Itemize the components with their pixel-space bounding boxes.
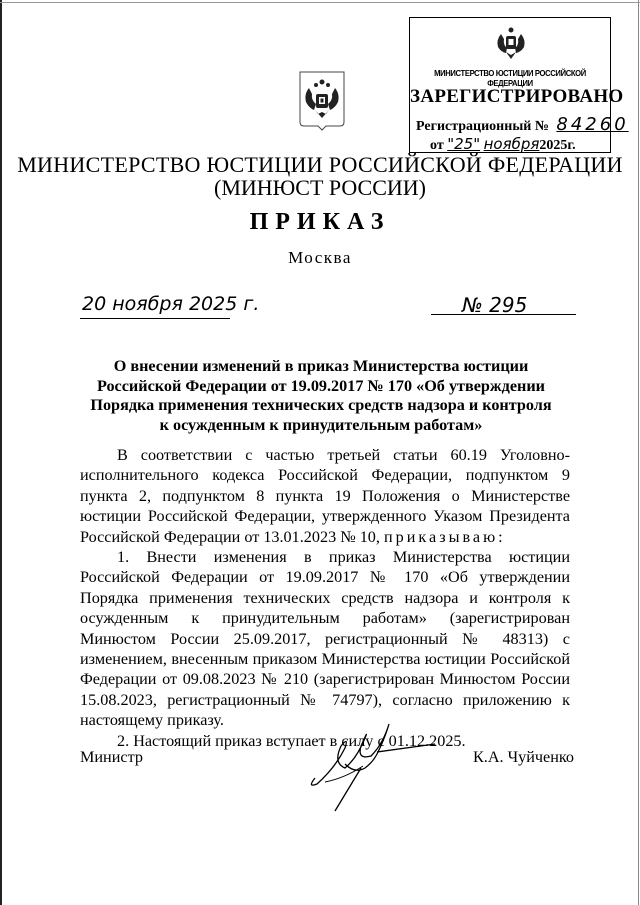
coat-of-arms-icon: [297, 70, 347, 132]
subject-line: О внесении изменений в приказ Министерст…: [90, 357, 552, 377]
page-edge-top: [0, 2, 640, 3]
document-type-title: ПРИКАЗ: [0, 209, 640, 236]
order-body: В соответствии с частью третьей статьи 6…: [80, 445, 570, 751]
subject-line: Российской Федерации от 19.09.2017 № 170…: [90, 377, 552, 397]
order-date-underline: [80, 318, 230, 319]
registration-stamp: МИНИСТЕРСТВО ЮСТИЦИИ РОССИЙСКОЙ ФЕДЕРАЦИ…: [409, 17, 611, 153]
subject-line: Порядка применения технических средств н…: [90, 396, 552, 416]
order-date-handwritten: 20 ноября 2025 г.: [82, 293, 259, 315]
stamp-reg-number-handwritten: 84260: [556, 114, 628, 135]
signatory-role: Министр: [80, 748, 143, 767]
handwritten-signature: [305, 718, 450, 813]
order-subject: О внесении изменений в приказ Министерст…: [90, 357, 552, 435]
signatory-name: К.А. Чуйченко: [473, 748, 574, 767]
order-number-underline: [431, 314, 576, 315]
order-word: приказываю:: [384, 528, 506, 546]
preamble-paragraph: В соответствии с частью третьей статьи 6…: [80, 445, 570, 547]
page-edge-left: [0, 0, 2, 905]
page-edge-right: [638, 0, 639, 905]
city: Москва: [0, 248, 640, 268]
stamp-date-month: ноября: [484, 135, 540, 153]
stamp-reg-label: Регистрационный №: [416, 119, 549, 134]
stamp-date-year: 2025г.: [539, 138, 575, 153]
stamp-status: ЗАРЕГИСТРИРОВАНО: [410, 86, 610, 108]
stamp-ministry-name: МИНИСТЕРСТВО ЮСТИЦИИ РОССИЙСКОЙ ФЕДЕРАЦИ…: [420, 68, 600, 88]
stamp-registration-number: Регистрационный № 84260: [416, 114, 629, 135]
stamp-date-prefix: от: [430, 138, 444, 153]
subject-line: к осужденным к принудительным работам»: [90, 416, 552, 436]
ministry-short-name: (МИНЮСТ РОССИИ): [0, 175, 640, 201]
stamp-coat-of-arms-icon: [495, 26, 527, 60]
item-1-paragraph: 1. Внести изменения в приказ Министерств…: [80, 547, 570, 731]
stamp-date-day: "25": [447, 135, 480, 153]
